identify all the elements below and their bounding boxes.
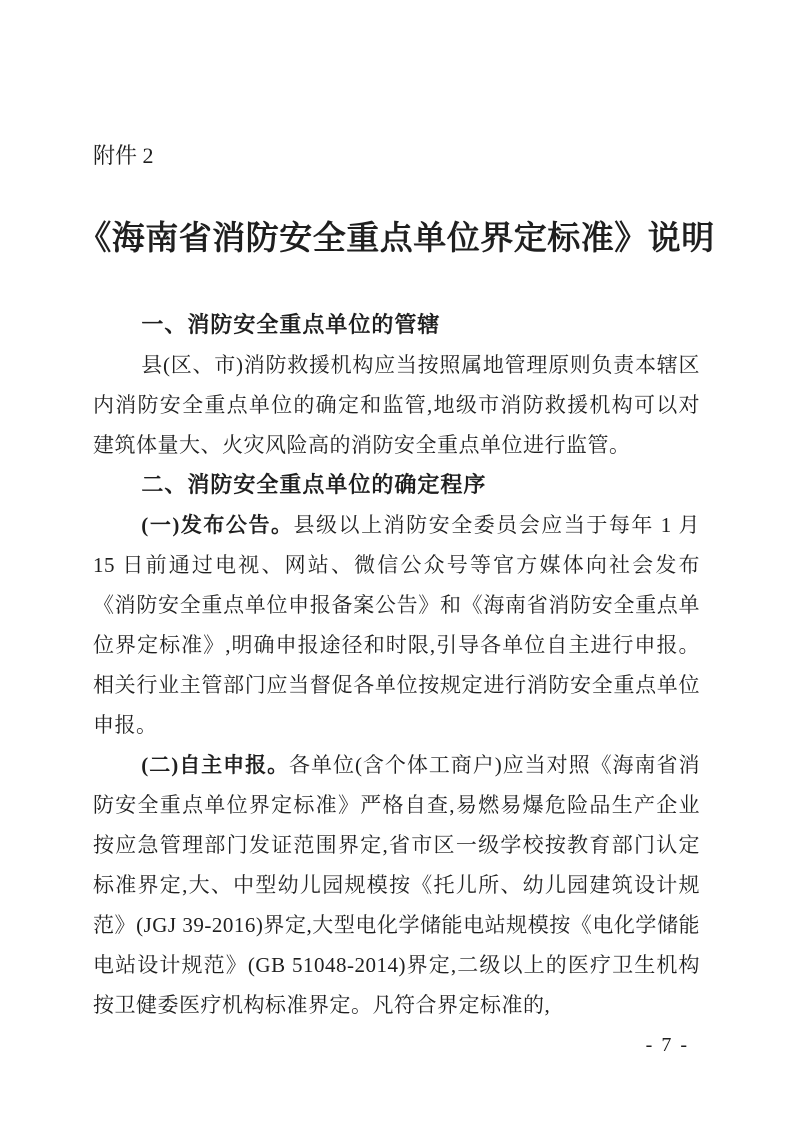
document-body: 一、消防安全重点单位的管辖 县(区、市)消防救援机构应当按照属地管理原则负责本辖…	[93, 305, 700, 1025]
paragraph-lead: (一)发布公告。	[141, 513, 293, 537]
paragraph-lead: (二)自主申报。	[141, 753, 289, 777]
document-page: 附件 2 《海南省消防安全重点单位界定标准》说明 一、消防安全重点单位的管辖 县…	[0, 0, 793, 1122]
section-heading-procedure: 二、消防安全重点单位的确定程序	[93, 465, 700, 505]
document-title: 《海南省消防安全重点单位界定标准》说明	[0, 216, 793, 262]
paragraph-text: 各单位(含个体工商户)应当对照《海南省消防安全重点单位界定标准》严格自查,易燃易…	[93, 753, 700, 1017]
attachment-label: 附件 2	[93, 141, 154, 171]
paragraph-text: 县(区、市)消防救援机构应当按照属地管理原则负责本辖区内消防安全重点单位的确定和…	[93, 353, 700, 457]
section-heading-jurisdiction: 一、消防安全重点单位的管辖	[93, 305, 700, 345]
page-number: - 7 -	[646, 1031, 689, 1059]
paragraph-self-declaration: (二)自主申报。各单位(含个体工商户)应当对照《海南省消防安全重点单位界定标准》…	[93, 745, 700, 1025]
paragraph-text: 县级以上消防安全委员会应当于每年 1 月 15 日前通过电视、网站、微信公众号等…	[93, 513, 700, 737]
paragraph-announcement: (一)发布公告。县级以上消防安全委员会应当于每年 1 月 15 日前通过电视、网…	[93, 505, 700, 745]
paragraph-jurisdiction: 县(区、市)消防救援机构应当按照属地管理原则负责本辖区内消防安全重点单位的确定和…	[93, 345, 700, 465]
